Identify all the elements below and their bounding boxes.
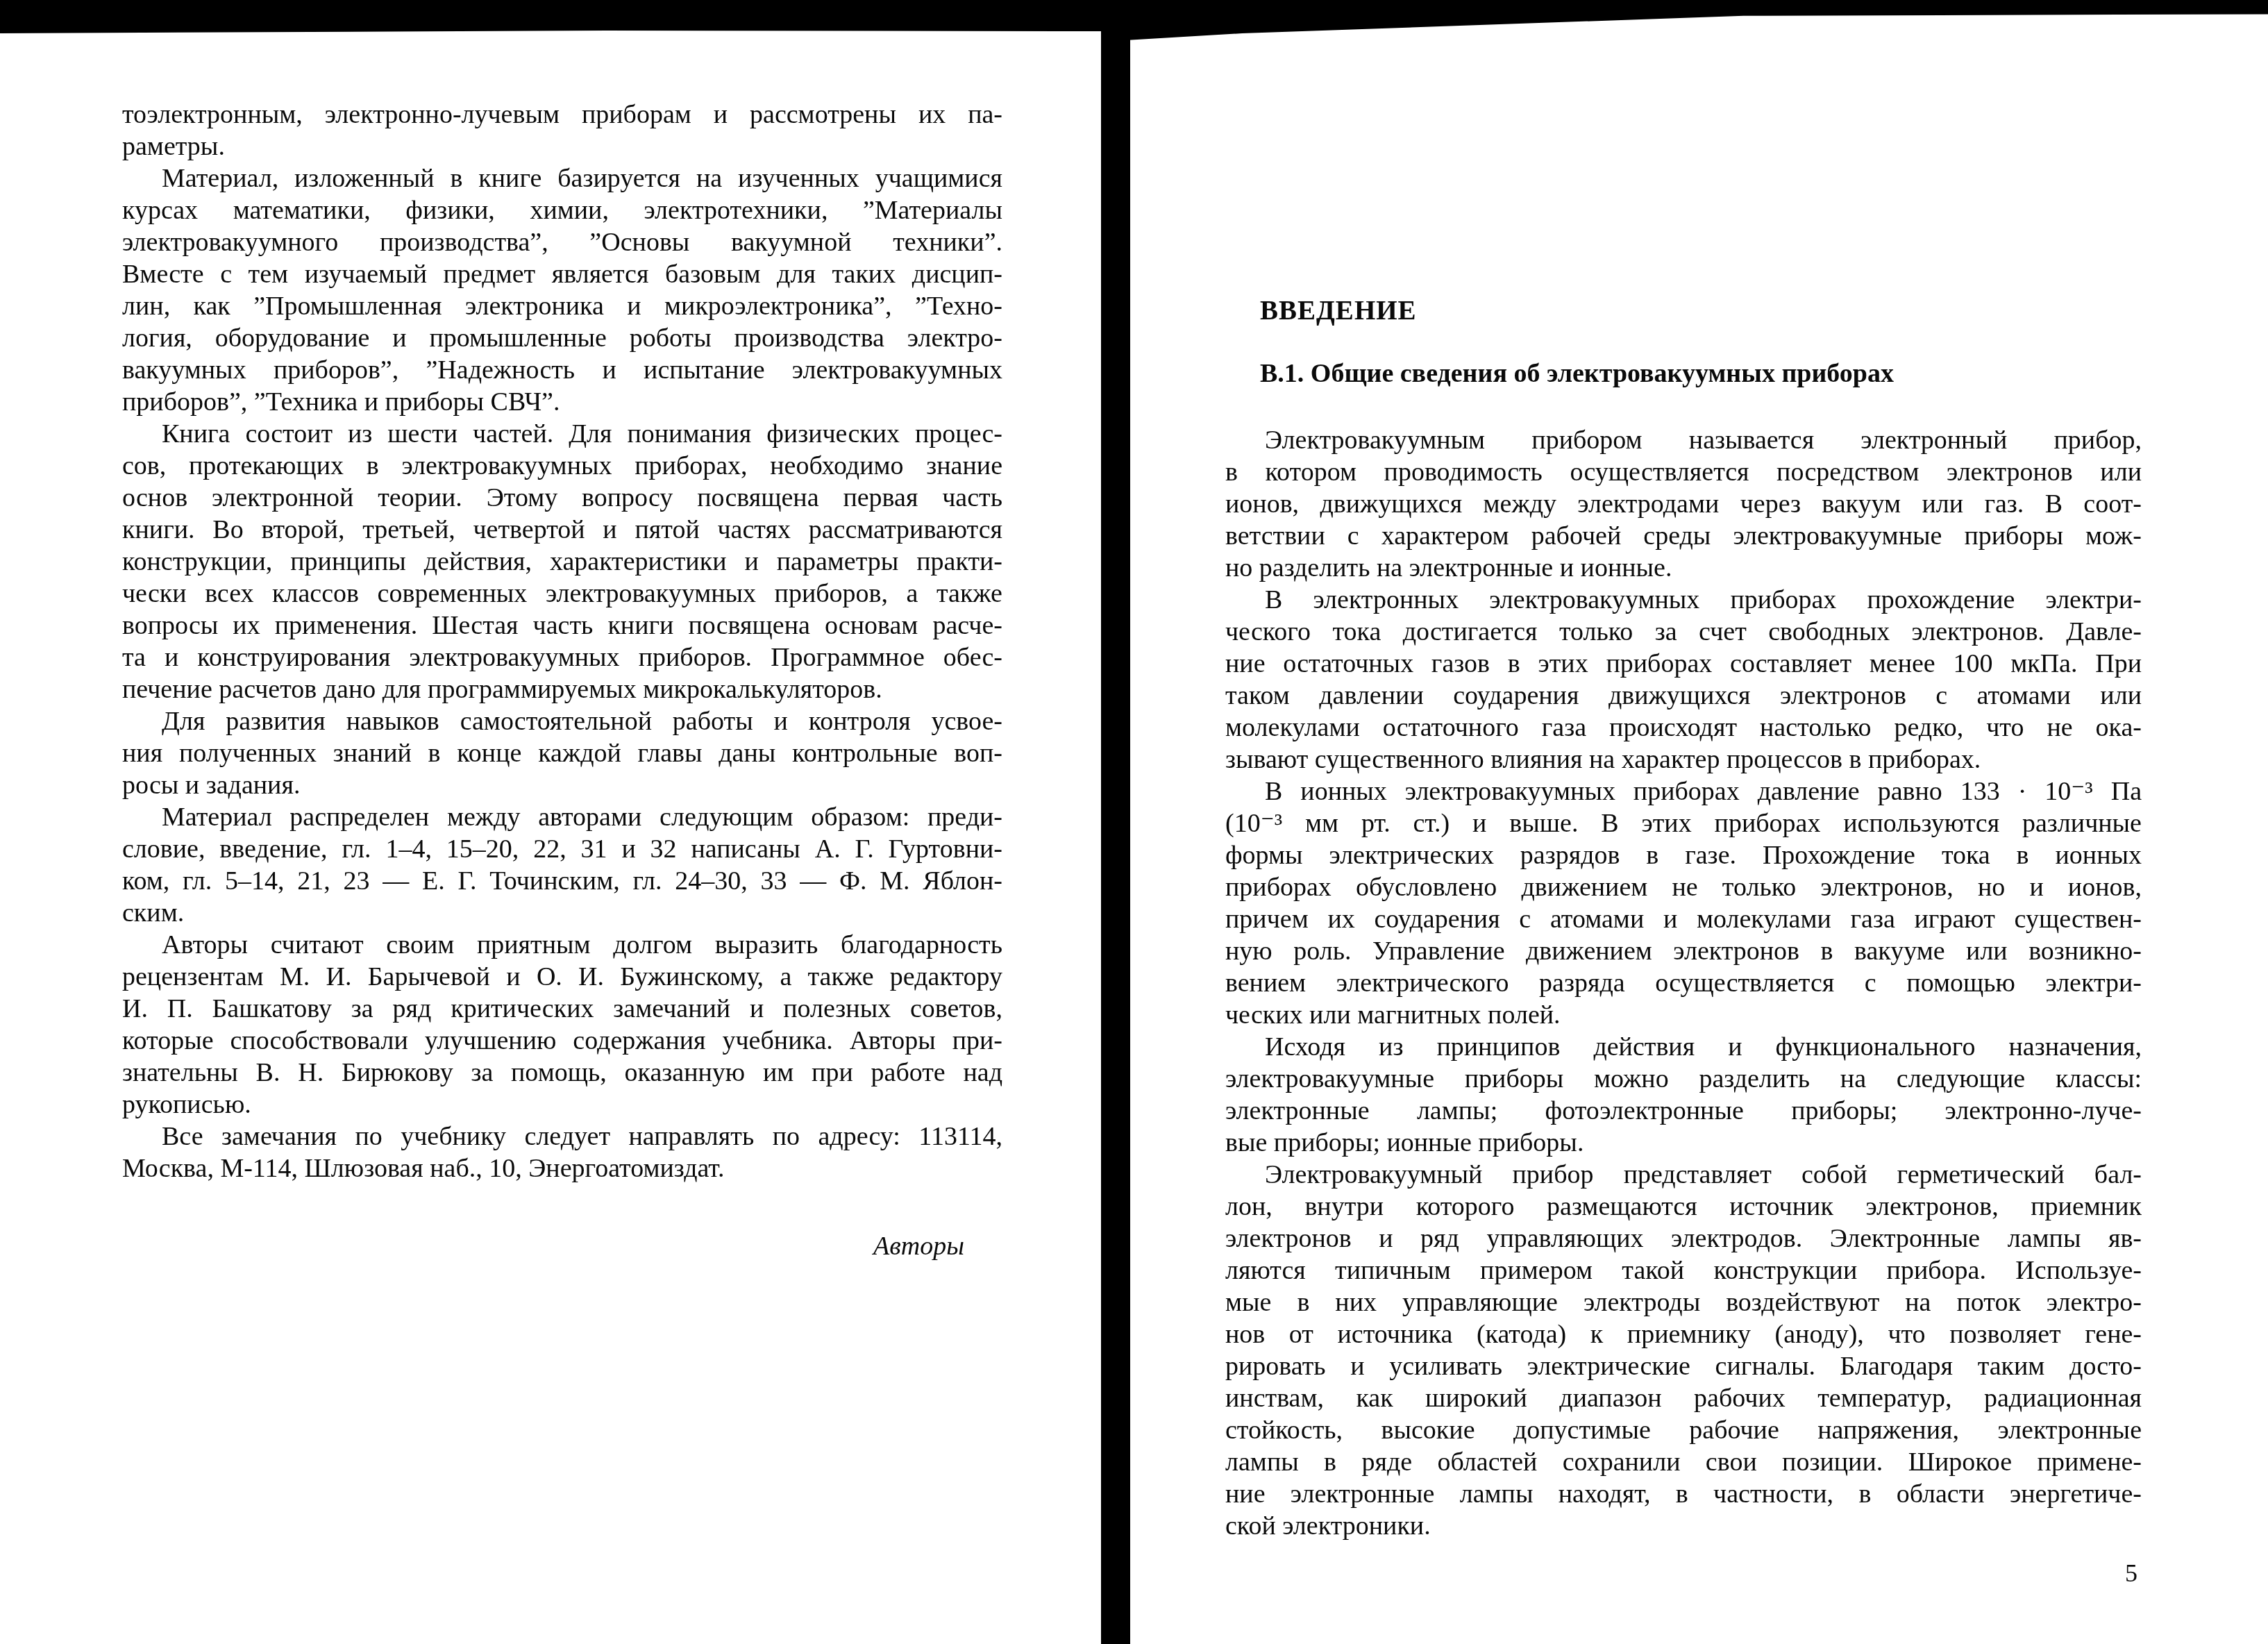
text-line: логия, оборудование и промышленные робот… [122, 322, 1002, 354]
text-line: зывают существенного влияния на характер… [1225, 744, 2142, 775]
text-line: знательны В. Н. Бирюкову за помощь, оказ… [122, 1057, 1002, 1089]
text-line: ским. [122, 897, 1002, 929]
text-line: вением электрического разряда осуществля… [1225, 967, 2142, 999]
chapter-heading: ВВЕДЕНИЕ [1225, 295, 2142, 327]
text-line: лон, внутри которого размещаются источни… [1225, 1191, 2142, 1223]
text-line: сов, протекающих в электровакуумных приб… [122, 450, 1002, 482]
text-line: Электровакуумный прибор представляет соб… [1225, 1159, 2142, 1191]
scan-top-edge-left [0, 0, 1102, 35]
text-line: конструкции, принципы действия, характер… [122, 546, 1002, 578]
text-line: И. П. Башкатову за ряд критических замеч… [122, 993, 1002, 1025]
text-line: ветствии с характером рабочей среды элек… [1225, 520, 2142, 552]
text-line: электровакуумного производства”, ”Основы… [122, 226, 1002, 258]
text-line: которые способствовали улучшению содержа… [122, 1025, 1002, 1057]
text-line: приборах обусловлено движением не только… [1225, 871, 2142, 903]
text-line: Для развития навыков самостоятельной раб… [122, 705, 1002, 737]
text-line: словие, введение, гл. 1–4, 15–20, 22, 31… [122, 833, 1002, 865]
authors-signature: Авторы [122, 1230, 1002, 1262]
text-line: таком давлении соударения движущихся эле… [1225, 680, 2142, 712]
text-line: В электронных электровакуумных приборах … [1225, 584, 2142, 616]
text-line: Москва, М-114, Шлюзовая наб., 10, Энерго… [122, 1152, 1002, 1184]
text-line: Авторы считают своим приятным долгом выр… [122, 929, 1002, 961]
text-line: в котором проводимость осуществляется по… [1225, 456, 2142, 488]
text-line: вые приборы; ионные приборы. [1225, 1127, 2142, 1159]
text-line: инствам, как широкий диапазон рабочих те… [1225, 1382, 2142, 1414]
text-line: чески всех классов современных электрова… [122, 578, 1002, 610]
text-line: ской электроники. [1225, 1510, 2142, 1542]
text-line: электронов и ряд управляющих электродов.… [1225, 1223, 2142, 1255]
text-line: Все замечания по учебнику следует направ… [122, 1121, 1002, 1152]
scan-top-edge-right [1102, 0, 2268, 42]
preface-text: тоэлектронным, электронно-лучевым прибор… [122, 99, 1002, 1184]
text-line: формы электрических разрядов в газе. Про… [1225, 839, 2142, 871]
text-line: ния полученных знаний в конце каждой гла… [122, 737, 1002, 769]
text-line: электронные лампы; фотоэлектронные прибо… [1225, 1095, 2142, 1127]
text-line: основ электронной теории. Этому вопросу … [122, 482, 1002, 514]
text-line: (10⁻³ мм рт. ст.) и выше. В этих прибора… [1225, 807, 2142, 839]
text-line: курсах математики, физики, химии, электр… [122, 194, 1002, 226]
text-line: ческих или магнитных полей. [1225, 999, 2142, 1031]
text-line: вакуумных приборов”, ”Надежность и испыт… [122, 354, 1002, 386]
right-page: ВВЕДЕНИЕ В.1. Общие сведения об электров… [1225, 295, 2142, 1589]
text-line: рировать и усиливать электрические сигна… [1225, 1350, 2142, 1382]
text-line: приборов”, ”Техника и приборы СВЧ”. [122, 386, 1002, 418]
text-line: Материал, изложенный в книге базируется … [122, 162, 1002, 194]
text-line: Книга состоит из шести частей. Для поним… [122, 418, 1002, 450]
text-line: ческого тока достигается только за счет … [1225, 616, 2142, 648]
introduction-text: Электровакуумным прибором называется эле… [1225, 424, 2142, 1542]
page-number: 5 [1225, 1557, 2142, 1589]
text-line: ионов, движущихся между электродами чере… [1225, 488, 2142, 520]
text-line: рецензентам М. И. Барычевой и О. И. Бужи… [122, 961, 1002, 993]
text-line: молекулами остаточного газа происходят н… [1225, 712, 2142, 744]
text-line: Материал распределен между авторами след… [122, 801, 1002, 833]
text-line: ние электронные лампы находят, в частнос… [1225, 1478, 2142, 1510]
text-line: тоэлектронным, электронно-лучевым прибор… [122, 99, 1002, 131]
text-line: Вместе с тем изучаемый предмет является … [122, 258, 1002, 290]
text-line: вопросы их применения. Шестая часть книг… [122, 610, 1002, 641]
left-page: тоэлектронным, электронно-лучевым прибор… [122, 99, 1002, 1262]
text-line: книги. Во второй, третьей, четвертой и п… [122, 514, 1002, 546]
text-line: рукописью. [122, 1089, 1002, 1121]
text-line: мые в них управляющие электроды воздейст… [1225, 1286, 2142, 1318]
section-heading: В.1. Общие сведения об электровакуумных … [1225, 358, 2142, 389]
text-line: лампы в ряде областей сохранили свои поз… [1225, 1446, 2142, 1478]
text-line: но разделить на электронные и ионные. [1225, 552, 2142, 584]
text-line: нов от источника (катода) к приемнику (а… [1225, 1318, 2142, 1350]
text-line: раметры. [122, 131, 1002, 162]
text-line: причем их соударения с атомами и молекул… [1225, 903, 2142, 935]
text-line: лин, как ”Промышленная электроника и мик… [122, 290, 1002, 322]
text-line: ком, гл. 5–14, 21, 23 — Е. Г. Точинским,… [122, 865, 1002, 897]
text-line: ние остаточных газов в этих приборах сос… [1225, 648, 2142, 680]
text-line: В ионных электровакуумных приборах давле… [1225, 775, 2142, 807]
text-line: та и конструирования электровакуумных пр… [122, 641, 1002, 673]
text-line: Исходя из принципов действия и функциона… [1225, 1031, 2142, 1063]
text-line: Электровакуумным прибором называется эле… [1225, 424, 2142, 456]
text-line: стойкость, высокие допустимые рабочие на… [1225, 1414, 2142, 1446]
book-gutter-shadow [1101, 0, 1130, 1644]
text-line: печение расчетов дано для программируемы… [122, 673, 1002, 705]
book-scan: тоэлектронным, электронно-лучевым прибор… [0, 0, 2268, 1644]
text-line: росы и задания. [122, 769, 1002, 801]
text-line: ляются типичным примером такой конструкц… [1225, 1255, 2142, 1286]
text-line: ную роль. Управление движением электроно… [1225, 935, 2142, 967]
text-line: электровакуумные приборы можно разделить… [1225, 1063, 2142, 1095]
